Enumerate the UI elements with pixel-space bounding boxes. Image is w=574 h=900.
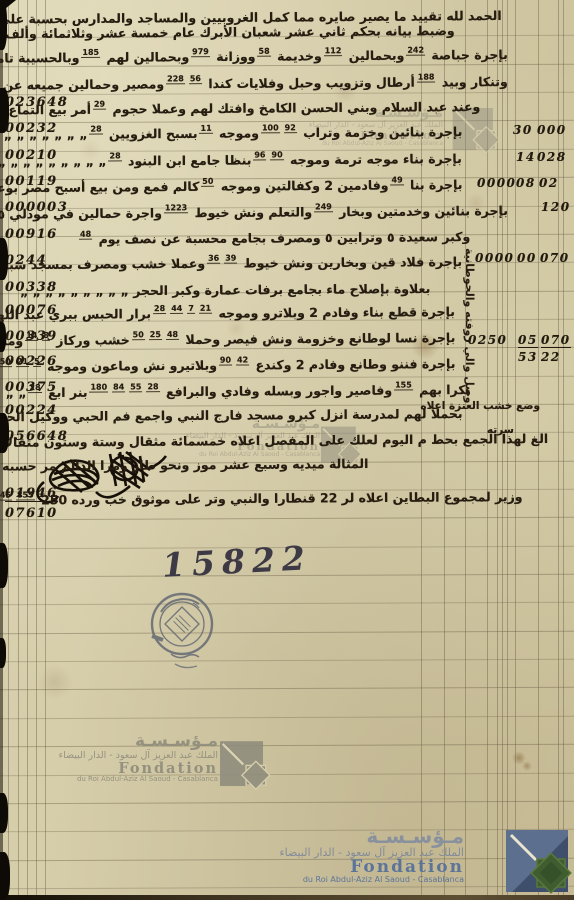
line-text: وخديمة	[273, 48, 322, 63]
raised-number: 50	[131, 330, 144, 340]
line-text: بإجرة جباصة	[427, 47, 508, 63]
raised-number: 112	[324, 46, 343, 56]
amount-right: 120	[541, 200, 571, 214]
amount-right: 070	[541, 333, 571, 348]
bottom-page-edge	[0, 895, 574, 900]
raised-number: 28	[153, 304, 166, 314]
torn-edge-notch	[0, 322, 6, 352]
amount-right: 14	[516, 150, 536, 164]
amount-left: 000003	[5, 200, 68, 215]
raised-number: 96	[254, 150, 267, 160]
line-text: بسبح الغزويين	[104, 126, 197, 142]
line-text: وموجه	[214, 125, 258, 140]
raised-number: 7	[187, 304, 195, 314]
manuscript-line: وكبر سعيدة ٥ وترابين ٥ ومصرف بجامع محسبة…	[77, 229, 470, 247]
raised-number: 90	[271, 150, 284, 160]
line-text: وكبر سعيدة ٥ وترابين ٥ ومصرف بجامع محسبة…	[94, 229, 470, 247]
line-text: ووزانة	[212, 49, 256, 64]
raised-number: 21	[199, 304, 212, 314]
amount-left: 00210	[5, 148, 58, 163]
torn-edge-notch	[0, 793, 8, 833]
raised-number: 979	[191, 47, 210, 57]
amount-left: 01946	[5, 486, 58, 502]
amount-left: 00076	[5, 303, 58, 318]
raised-number: 100	[261, 123, 280, 133]
amount-left: 00916	[5, 227, 58, 242]
line-text: وفاصير واجور وبسله وفادي والبرافع	[161, 383, 392, 400]
raised-number: 188	[417, 73, 436, 83]
amount-left: 00226	[5, 354, 58, 369]
amount-right: 53	[518, 350, 538, 364]
raised-number: 25	[149, 330, 162, 340]
amount-left: 00232	[5, 121, 58, 136]
raised-number: 58	[258, 47, 271, 57]
amount-left: 00224	[5, 403, 58, 418]
raised-number: 90	[219, 356, 232, 366]
torn-edge-notch	[0, 852, 10, 900]
raised-number: 28	[109, 151, 122, 161]
raised-number: 50	[201, 177, 214, 187]
raised-number: 155	[394, 380, 413, 390]
amount-right: 070	[540, 251, 570, 265]
amount-left: 00338	[5, 280, 58, 295]
raised-number: 242	[407, 46, 426, 56]
manuscript-line: بإجرة بنا 49وفادمين 2 وكفالتين وموجه 50ك…	[0, 177, 462, 196]
amount-left: 07610	[5, 506, 58, 521]
line-text: بإجرة بنائين وخزمة وتراب	[299, 124, 463, 140]
line-text: وبالحسيبة تامع وتعلم	[0, 50, 80, 66]
line-text: المثالة ميديه وسبع عشر موز ونحو طار ومرا…	[0, 456, 368, 474]
torn-edge-notch	[0, 543, 8, 588]
amount-right: 22	[541, 350, 561, 364]
amount-left: 0244	[5, 253, 47, 268]
amount-left: 056648	[5, 429, 68, 444]
manuscript-line: بإجرة فلاد قين وبخارين ونش خيوط 3639وعمل…	[0, 254, 462, 273]
line-text: وزير لمجموع البطاين اعلاه لر 22 قنطارا و…	[36, 489, 522, 507]
line-text: بكرا بهم	[415, 382, 471, 397]
amount-left: 00339	[5, 329, 58, 344]
line-text: بإجرة نسا لوطانع وخزومة ونش فيصر وحملا	[181, 330, 455, 347]
margin-note: سرته	[487, 424, 514, 436]
manuscript-line: المثالة ميديه وسبع عشر موز ونحو طار ومرا…	[0, 456, 368, 474]
raised-number: 48	[79, 230, 92, 240]
ruled-line-vertical	[507, 0, 508, 900]
round-seal-stamp	[145, 590, 223, 674]
raised-number: 49	[390, 175, 403, 185]
line-text: خشب وركاز	[52, 332, 130, 348]
torn-edge-notch	[0, 238, 8, 280]
amount-right: 00	[517, 251, 537, 265]
line-text: وتنكار وبيد	[438, 74, 508, 89]
paper-stain	[522, 761, 532, 771]
manuscript-page: مـؤسـسـة الملك عبد العزيز آل سعود - الدا…	[0, 0, 574, 900]
raised-number: 92	[283, 123, 296, 133]
amount-right: 000	[537, 123, 567, 137]
manuscript-line: بكرا بهم 155وفاصير واجور وبسله وفادي وال…	[0, 382, 470, 401]
margin-note: وضع خشب العنزة اعلاه	[420, 400, 540, 412]
manuscript-line: بإجرة فننو وطانع وفادم 2 وكندع 9042وبلات…	[0, 356, 455, 376]
raised-number: 39	[224, 254, 237, 264]
line-text: ومصير وحمالين جميعه عن	[0, 76, 165, 92]
raised-number: 56	[189, 74, 202, 84]
torn-edge-notch	[0, 638, 6, 668]
line-text: وضبط بيانه بحكم ثاني عشر شعبان الأبرك عا…	[5, 23, 455, 41]
line-text: بإجرة قطع بناء وفادم 2 وبلاترو وموجه	[214, 304, 455, 321]
torn-edge-notch	[0, 0, 7, 50]
line-text: والتعلم ونش خيوط	[190, 204, 312, 220]
line-text: بإجرة بنائين وخدمتين وبخار	[335, 203, 508, 219]
torn-edge-notch	[0, 413, 9, 453]
line-text: وفادمين 2 وكفالتين وموجه	[216, 178, 388, 194]
amount-right: 02	[539, 176, 559, 190]
foundation-logo-icon	[220, 740, 272, 798]
manuscript-line: بإجرة بناء موجه ترمة وموجه 9690بنظا جامع…	[0, 151, 462, 170]
line-text: وبحمالين	[345, 48, 405, 63]
amount-left: 00119	[5, 174, 58, 189]
raised-number: 55	[129, 382, 142, 392]
margin-note-vertical: وصل والي روفته والحوطانية	[463, 248, 476, 404]
raised-number: 48	[166, 330, 179, 340]
manuscript-line: وضبط بيانه بحكم ثاني عشر شعبان الأبرك عا…	[5, 23, 455, 41]
raised-number: 185	[82, 48, 101, 58]
line-text: بإجرة بناء موجه ترمة وموجه	[286, 151, 462, 167]
raised-number: 44	[170, 304, 183, 314]
manuscript-line: بعلاوة بإصلاح ماء بجامع برفات عمارة وكبر…	[20, 281, 430, 299]
manuscript-line: بإجرة بنائين وخدمتين وبخار 249والتعلم ون…	[0, 203, 508, 223]
manuscript-line: وتنكار وبيد 188أرطال وتزويب وحبل وفلايات…	[0, 74, 508, 93]
line-text: وبحمالين لهم	[102, 49, 189, 65]
amount-left: 00375	[5, 380, 58, 395]
line-text: وعند عبد السلام وبني الحسن الكامخ وافتك …	[108, 99, 480, 117]
amount-right: 0000	[475, 251, 514, 265]
raised-number: 29	[93, 100, 106, 110]
raised-number: 228	[166, 74, 185, 84]
raised-number: 28	[89, 125, 102, 135]
foundation-logo-blue-icon	[506, 830, 574, 898]
raised-number: 28	[146, 382, 159, 392]
serial-number: 15822	[161, 538, 313, 585]
line-text: بنظا جامع ابن البنود	[124, 152, 252, 168]
amount-right: 028	[537, 150, 567, 164]
line-text: بعلاوة بإصلاح ماء بجامع برفات عمارة وكبر…	[129, 281, 431, 298]
paper-stain	[37, 664, 73, 700]
raised-number: 249	[314, 202, 333, 212]
amount-right: 08	[516, 176, 536, 190]
raised-number: 11	[199, 124, 212, 134]
amount-right: 05	[518, 333, 538, 348]
amount-left: 023648	[5, 95, 68, 110]
amount-right: 0000	[477, 176, 516, 190]
raised-number: 36	[207, 254, 220, 264]
line-text: بإجرة فننو وطانع وفادم 2 وكندع	[251, 356, 455, 372]
line-text: بإجرة فلاد قين وبخارين ونش خيوط	[239, 254, 462, 271]
torn-edge-notch	[0, 88, 9, 133]
raised-number: 180	[89, 383, 108, 393]
raised-number: 84	[112, 382, 125, 392]
raised-number: 42	[236, 355, 249, 365]
raised-number: 1223	[164, 203, 188, 213]
line-text: أرطال وتزويب وحبل وفلايات كندا	[204, 75, 415, 91]
line-text: بإجرة بنا	[405, 177, 462, 192]
line-text: بحملا لهم لمدرسة انزل كبرو مسجد فارج الن…	[0, 406, 462, 426]
line-text: وبلاتيرو نش وماعون وموجه	[42, 358, 216, 374]
amount-right: 30	[513, 123, 533, 137]
manuscript-line: بحملا لهم لمدرسة انزل كبرو مسجد فارج الن…	[0, 406, 462, 426]
